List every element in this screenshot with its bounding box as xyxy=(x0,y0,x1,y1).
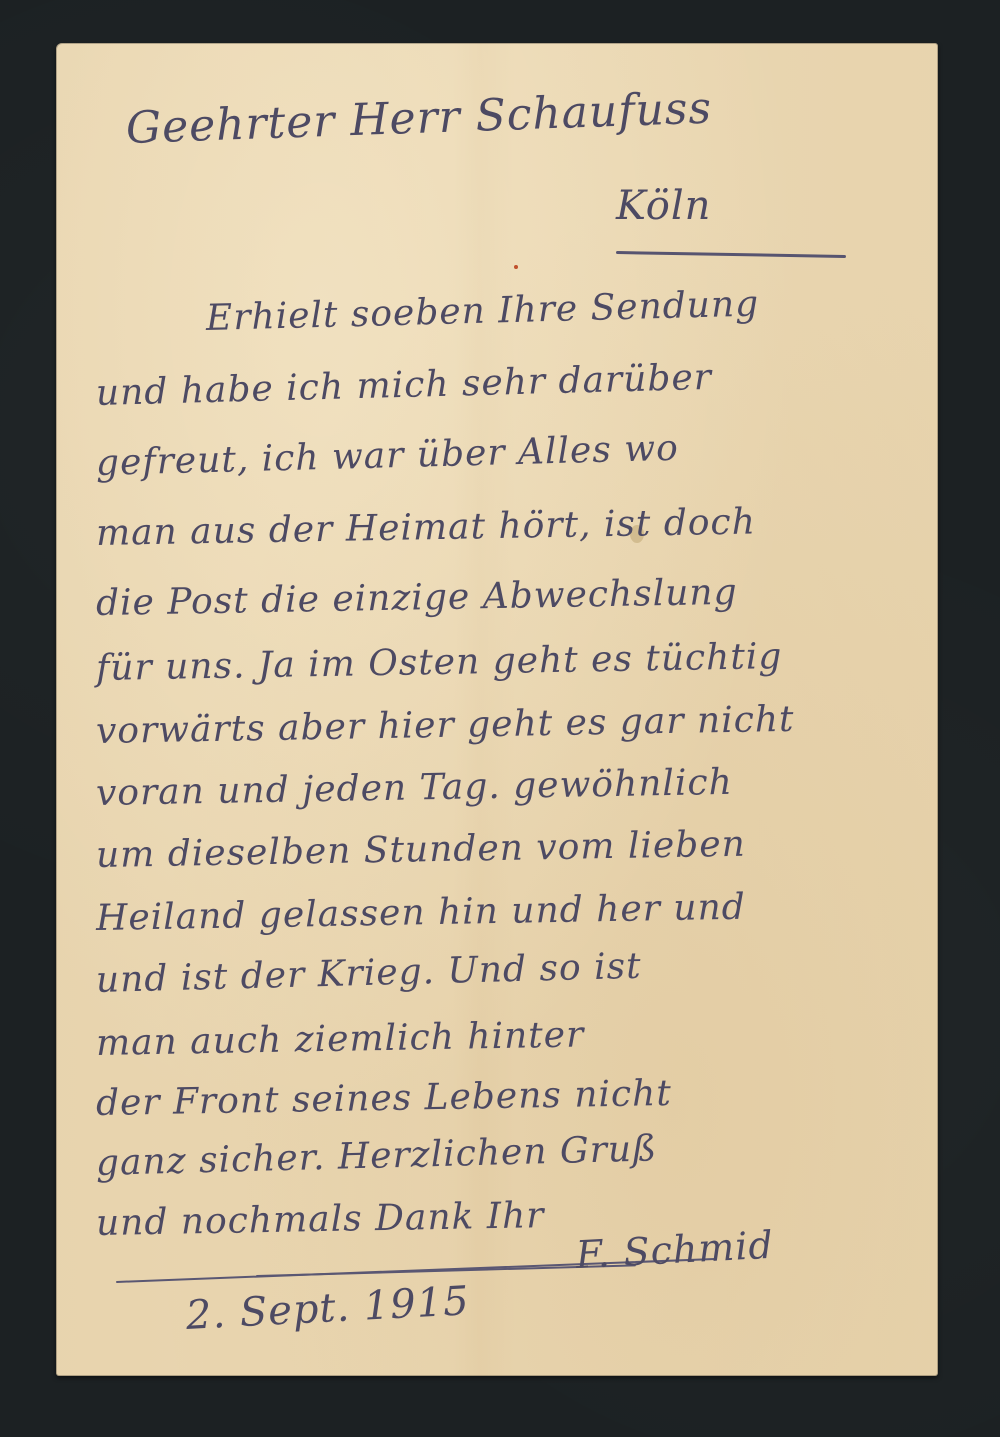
body-line: man aus der Heimat hört, ist doch xyxy=(96,501,757,554)
body-line: und ist der Krieg. Und so ist xyxy=(95,946,642,1001)
salutation: Geehrter Herr Schaufuss xyxy=(125,83,713,154)
body-line: für uns. Ja im Osten geht es tüchtig xyxy=(96,636,783,689)
place-underline xyxy=(616,251,846,258)
body-line: vorwärts aber hier geht es gar nicht xyxy=(96,699,795,752)
place-name: Köln xyxy=(616,183,711,229)
body-line: um dieselben Stunden vom lieben xyxy=(96,824,746,876)
body-line: man auch ziemlich hinter xyxy=(96,1014,585,1064)
body-line: gefreut, ich war über Alles wo xyxy=(95,428,679,484)
body-line: ganz sicher. Herzlichen Gruß xyxy=(95,1128,657,1184)
body-line: voran und jeden Tag. gewöhnlich xyxy=(96,762,733,814)
body-line: die Post die einzige Abwechslung xyxy=(96,572,738,624)
body-line: Heiland gelassen hin und her und xyxy=(96,887,746,939)
body-line: und nochmals Dank Ihr xyxy=(96,1195,545,1244)
body-line: der Front seines Lebens nicht xyxy=(96,1073,672,1124)
red-ink-speck xyxy=(514,265,518,269)
date: 2. Sept. 1915 xyxy=(185,1278,471,1339)
signature: F. Schmid xyxy=(575,1223,775,1277)
body-line: und habe ich mich sehr darüber xyxy=(95,357,712,414)
postcard: Geehrter Herr Schaufuss Köln Erhielt soe… xyxy=(56,43,938,1376)
body-line: Erhielt soeben Ihre Sendung xyxy=(205,284,759,339)
